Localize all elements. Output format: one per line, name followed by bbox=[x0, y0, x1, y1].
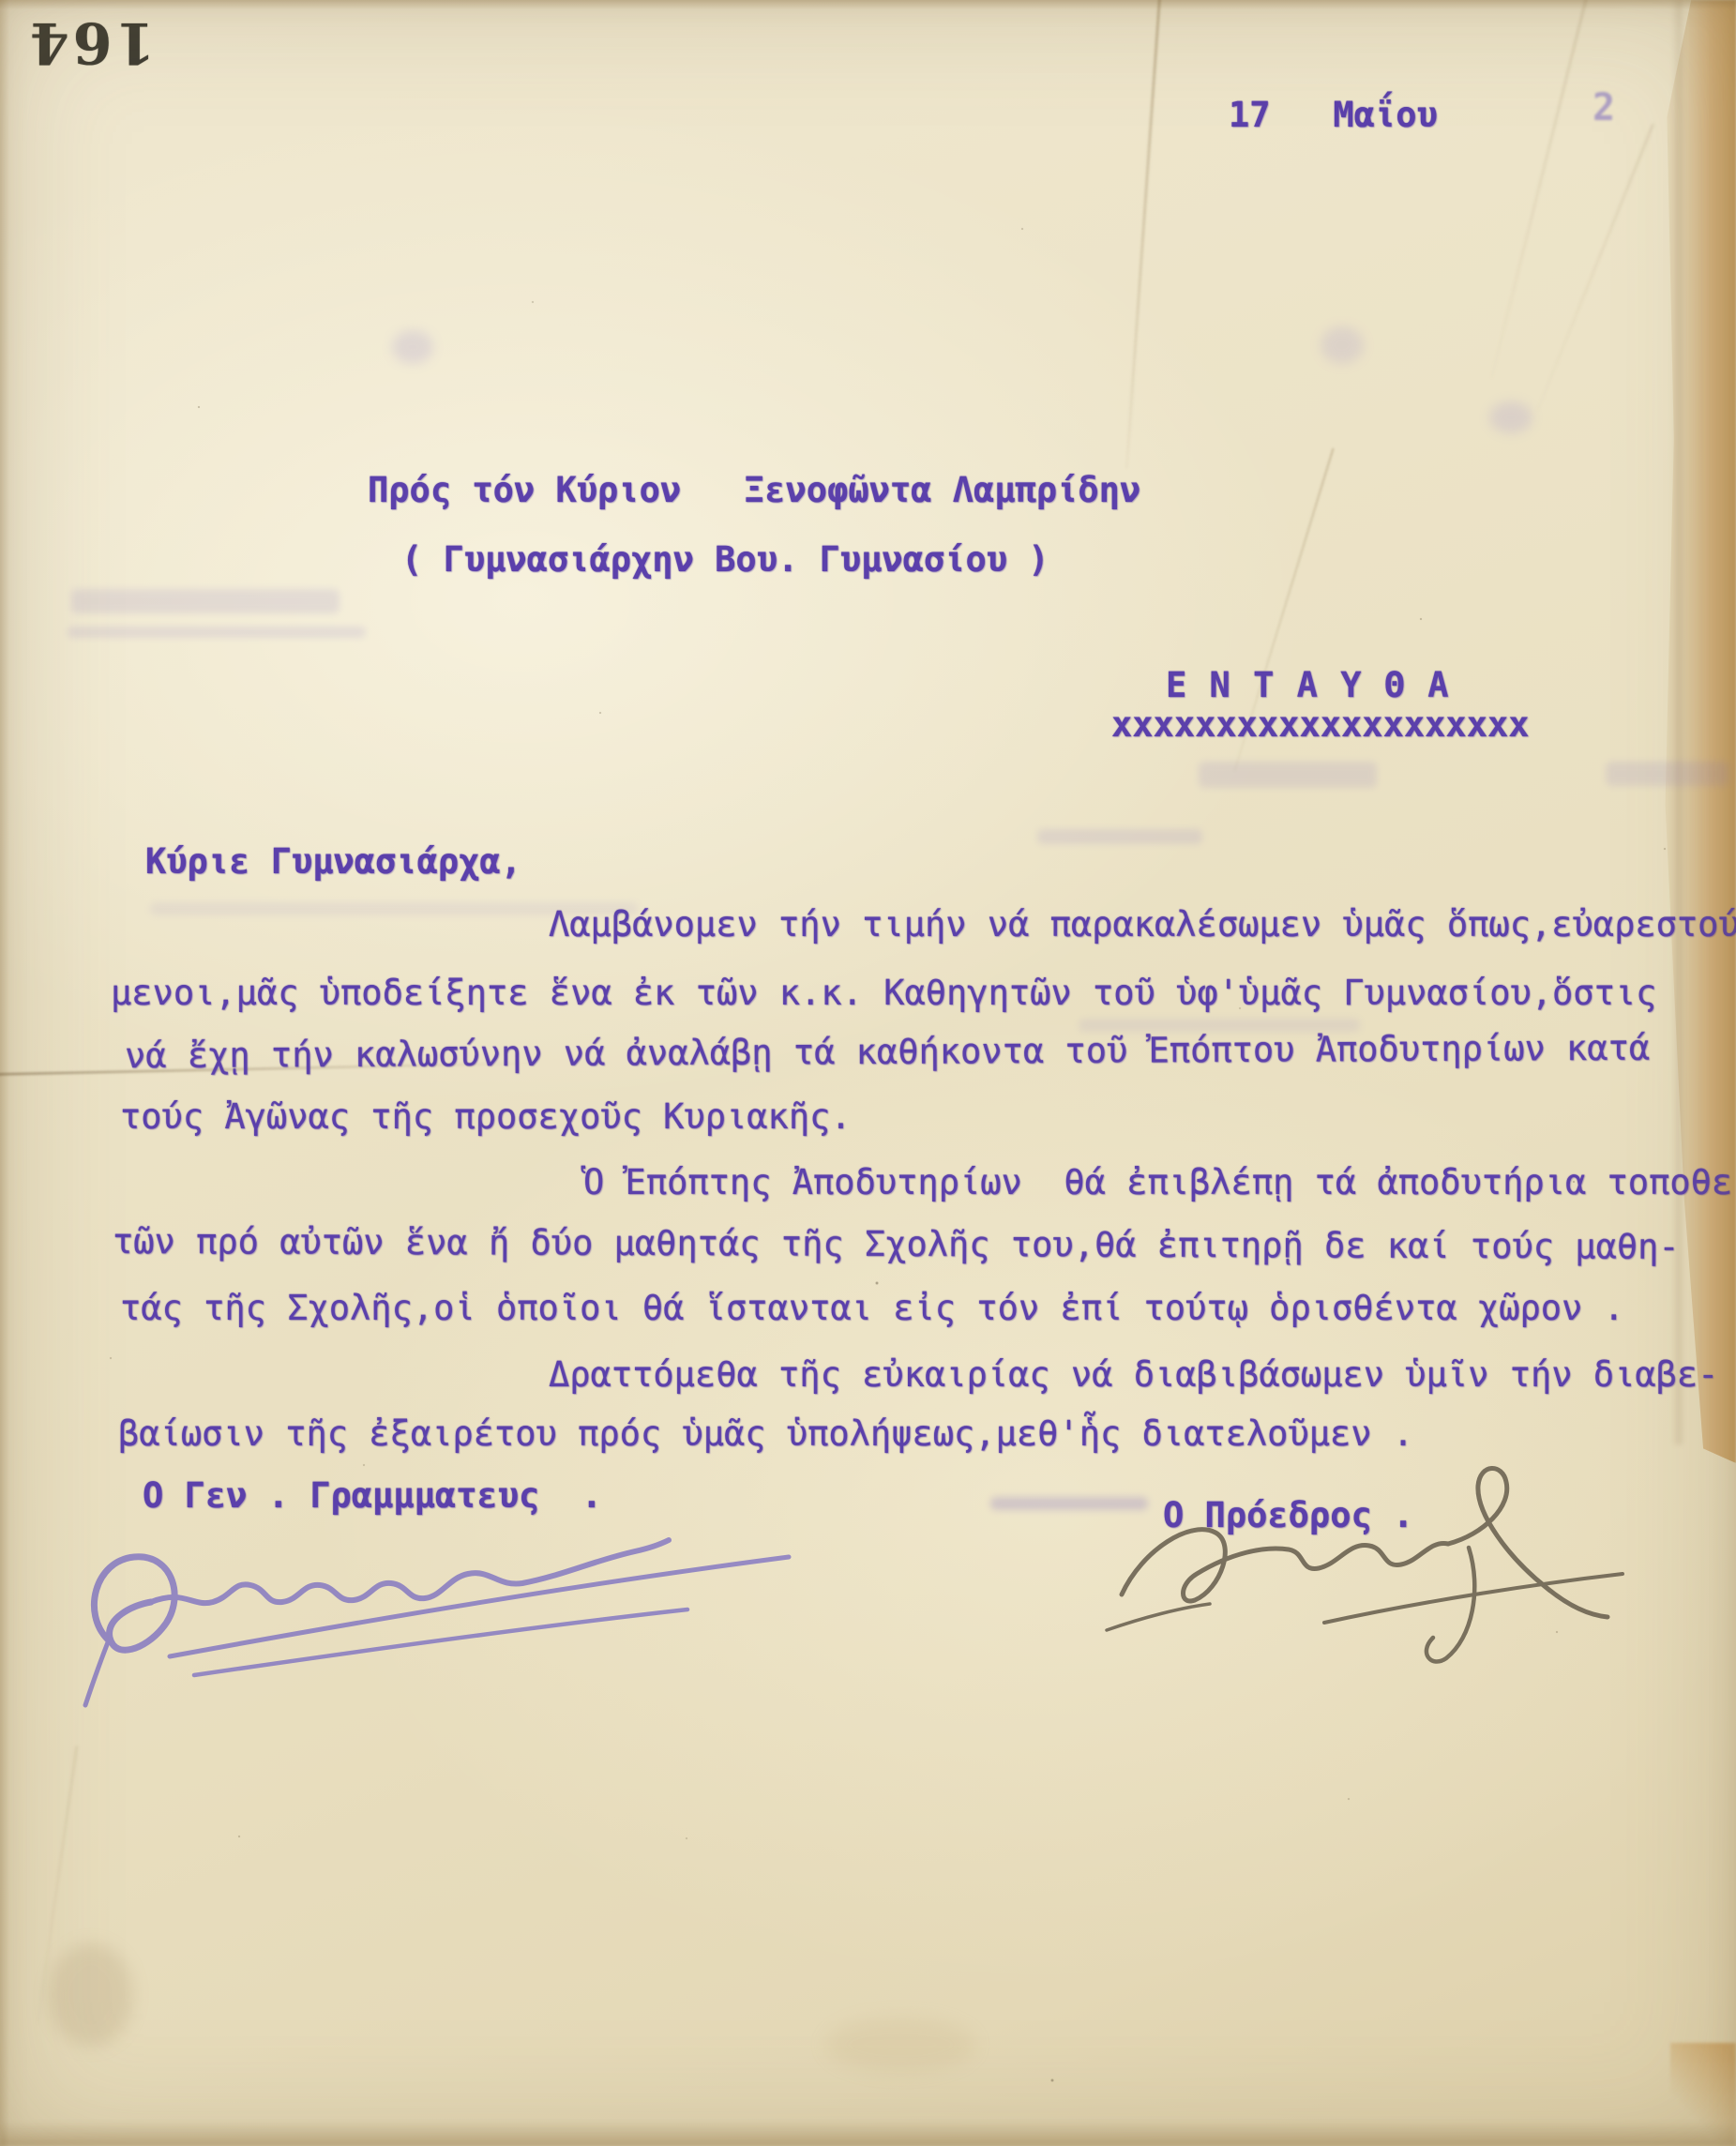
body-line: νά ἔχῃ τήν καλωσύνην νά ἀναλάβῃ τά καθήκ… bbox=[125, 1027, 1650, 1079]
ink-stain bbox=[392, 330, 433, 364]
bleedthrough-smudge bbox=[1606, 762, 1729, 786]
paper-crease bbox=[37, 1746, 78, 2024]
location-title: Ε Ν Τ Α Υ Θ Α bbox=[1166, 664, 1450, 707]
left-edge-shading bbox=[0, 0, 9, 2146]
bleedthrough-smudge bbox=[71, 589, 340, 613]
body-line: τάς τῆς Σχολῆς,οἱ ὁποῖοι θά ἵστανται εἰς… bbox=[120, 1287, 1624, 1330]
paper-crease bbox=[1536, 124, 1653, 412]
paper-crease bbox=[1490, 0, 1588, 379]
secretary-title: Ο Γεν . Γραμμματευς . bbox=[143, 1474, 602, 1518]
letter-page: 164 17 Μαΐου 2 Πρός τόν Κύριον Ξενοφῶντα… bbox=[0, 0, 1736, 2146]
bleedthrough-smudge bbox=[1199, 762, 1377, 788]
body-line: Λαμβάνομεν τήν τιμήν νά παρακαλέσωμεν ὑμ… bbox=[549, 903, 1736, 946]
recipient-line-2: ( Γυμνασιάρχην Βου. Γυμνασίου ) bbox=[401, 538, 1049, 582]
salutation: Κύριε Γυμνασιάρχα, bbox=[145, 840, 521, 884]
secretary-signature bbox=[80, 1518, 811, 1715]
bleedthrough-smudge bbox=[68, 627, 366, 638]
recipient-line-1: Πρός τόν Κύριον Ξενοφῶντα Λαμπρίδην bbox=[368, 469, 1140, 512]
ink-stain bbox=[1321, 326, 1364, 364]
paper-stain bbox=[825, 2017, 975, 2073]
paper-stain bbox=[49, 1943, 133, 2047]
body-line: τῶν πρό αὐτῶν ἕνα ἤ δύο μαθητάς τῆς Σχολ… bbox=[113, 1220, 1680, 1269]
body-line: μενοι,μᾶς ὑποδείξητε ἕνα ἐκ τῶν κ.κ. Καθ… bbox=[111, 972, 1656, 1015]
ghost-page-number: 2 bbox=[1593, 86, 1615, 129]
date-line: 17 Μαΐου bbox=[1229, 94, 1438, 137]
body-line: Δραττόμεθα τῆς εὐκαιρίας νά διαβιβάσωμεν… bbox=[549, 1353, 1718, 1397]
president-signature bbox=[1088, 1452, 1660, 1686]
archive-number-stamp: 164 bbox=[26, 9, 155, 75]
body-line: Ὁ Ἐπόπτης Ἀποδυτηρίων θά ἐπιβλέπῃ τά ἀπο… bbox=[583, 1161, 1736, 1204]
ink-stain bbox=[1489, 401, 1532, 433]
location-underline: xxxxxxxxxxxxxxxxxxxx bbox=[1111, 703, 1530, 747]
body-line: τούς Ἀγῶνας τῆς προσεχοῦς Κυριακῆς. bbox=[120, 1096, 852, 1139]
body-line: βαίωσιν τῆς ἐξαιρέτου πρός ὑμᾶς ὑπολήψεω… bbox=[118, 1413, 1413, 1456]
bleedthrough-smudge bbox=[1037, 829, 1202, 844]
bottom-edge-shading bbox=[0, 2122, 1736, 2146]
paper-crease bbox=[1125, 0, 1162, 468]
top-edge-shading bbox=[0, 0, 1736, 9]
